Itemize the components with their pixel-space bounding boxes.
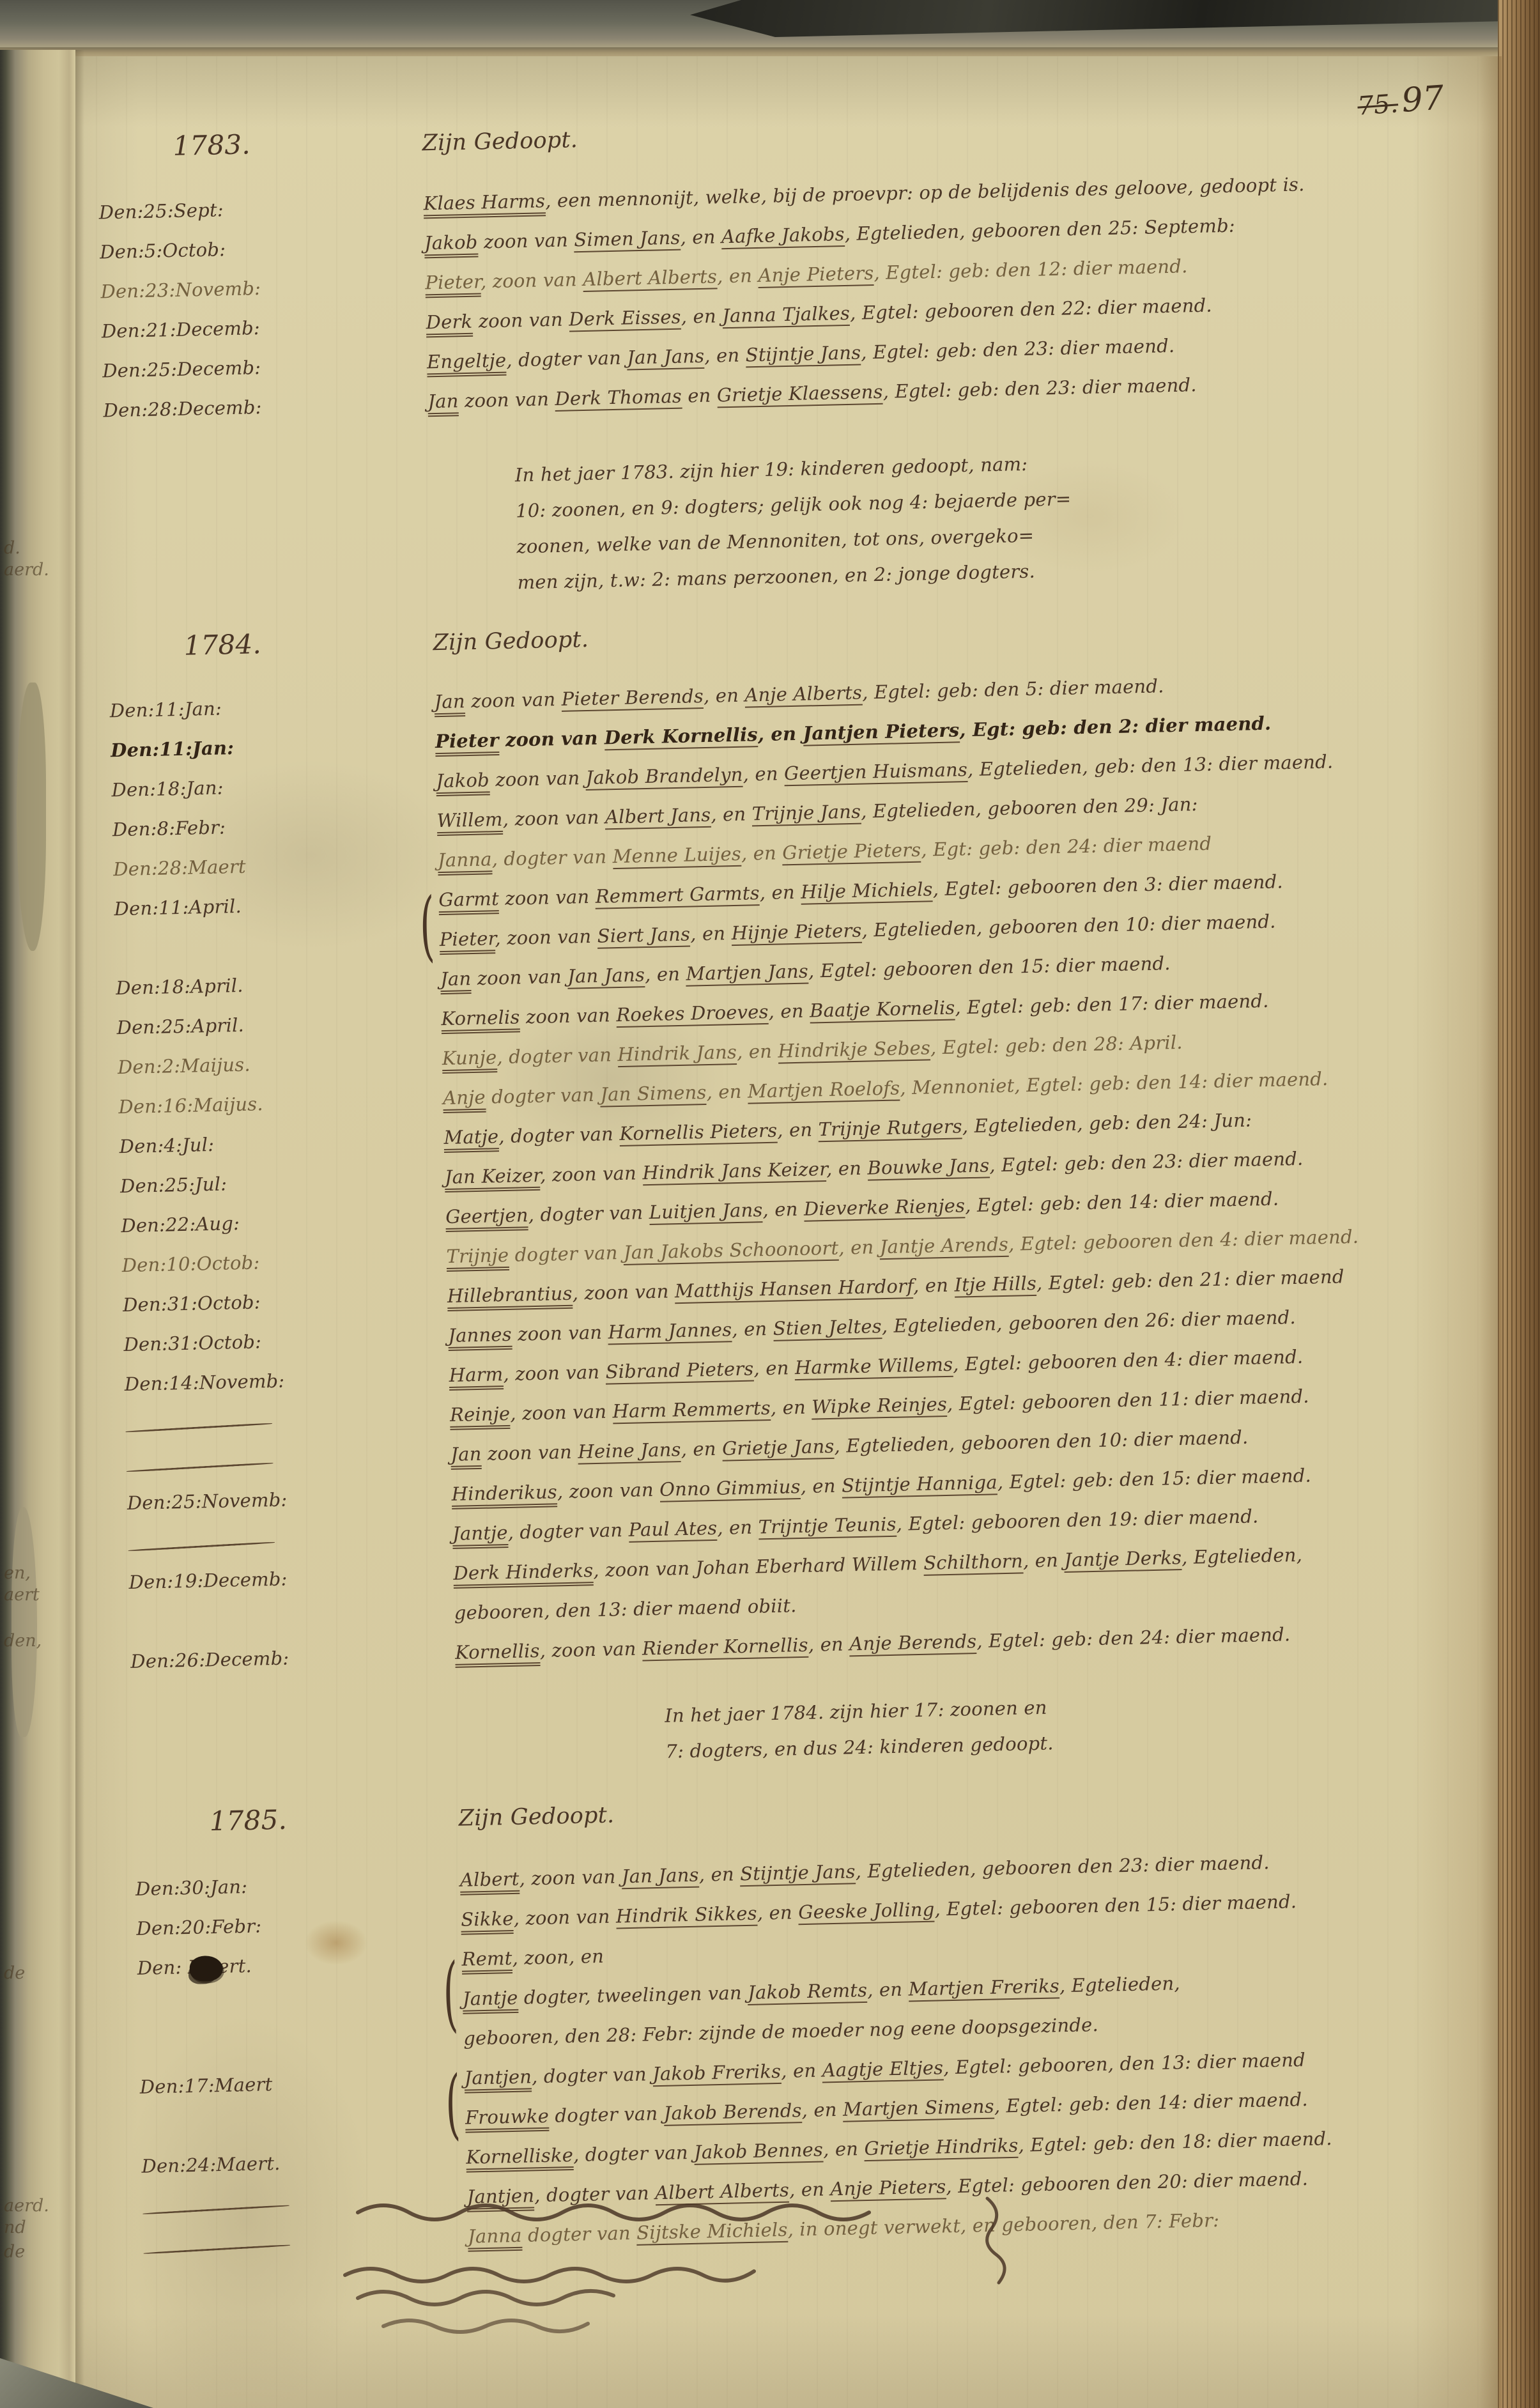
text-segment: , Egtel: gebooren den 11: dier maend. [947, 1385, 1309, 1415]
parent-name: Derk Thomas [555, 385, 682, 412]
entry-date: Den:24:Maert. [127, 2140, 466, 2187]
parent-name: Hijnje Pieters [731, 920, 862, 946]
text-segment: , Egtel: gebooren den 4: dier maend. [953, 1346, 1304, 1375]
parent-name: Itje Hills [954, 1272, 1036, 1298]
child-name: Kornelliske [466, 2144, 574, 2173]
child-name: Garmt [438, 888, 499, 915]
text-segment: , en [757, 723, 803, 746]
text-segment: , en [706, 1081, 748, 1103]
text-segment: , Egtelieden, gebooren den 10: dier maen… [861, 911, 1276, 941]
parent-name: Grietje Hindriks [864, 2134, 1019, 2161]
child-name: Derk Hinderks [453, 1559, 594, 1589]
parent-name: Luitjen Jans [649, 1199, 763, 1225]
child-name: Harm [449, 1363, 504, 1391]
text-segment: , en [681, 305, 722, 327]
entry-date: Den:28:Decemb: [89, 383, 428, 431]
text-segment: , Egt: geb: den 24: dier maend [921, 833, 1212, 861]
parent-name: Martjen Roelofs [748, 1077, 900, 1104]
text-segment: , en [867, 1978, 909, 2000]
text-segment: , zoon van [593, 1557, 696, 1581]
child-name: Albert [460, 1868, 520, 1895]
child-name: Frouwke [465, 2105, 550, 2133]
parent-name: Baatje Kornelis [810, 997, 955, 1024]
entry-date: Den:10:Octob: [107, 1239, 447, 1286]
text-segment: , Egtelieden, geb: den 13: dier maend. [967, 751, 1334, 780]
ditto-dash [142, 2205, 289, 2215]
text-segment: , en [759, 881, 801, 904]
entry-date: Den:18:April. [102, 961, 441, 1008]
parent-name: Aafke Jakobs [721, 223, 845, 249]
register-section-1784: 1784.Zijn Gedoopt.Den:11:Jan:Jan zoon va… [94, 590, 1525, 1783]
text-segment: , Egtelieden, gebooren den 10: dier maen… [834, 1426, 1249, 1457]
parent-name: Albert Alberts [583, 265, 718, 292]
text-segment: , en [704, 684, 745, 707]
paper-tear [17, 683, 46, 951]
child-name: Remt [461, 1947, 512, 1975]
margin-fragment: de [4, 1963, 25, 1983]
entry-date: Den:11:Jan: [96, 723, 436, 771]
child-name: Jantje [452, 1522, 508, 1549]
text-segment: gebooren, den 28: Febr: zijnde de moeder… [463, 2014, 1098, 2049]
margin-fragment: d. [4, 538, 20, 558]
entry-date: Den:19:Decemb: [114, 1555, 454, 1603]
parent-name: Jan Jans [567, 964, 645, 989]
child-name: Jan [440, 968, 472, 994]
text-segment: , Egtel: geb: den 23: dier maend. [989, 1148, 1304, 1177]
ditto-dash [143, 2244, 290, 2255]
text-segment: dogter van [549, 2103, 664, 2127]
child-name: Klaes Harms [423, 190, 545, 219]
entry-date: Den:25:April. [102, 1001, 442, 1048]
parent-name: Kornellis Pieters [619, 1120, 778, 1146]
margin-fragment: den, [4, 1631, 42, 1651]
parent-name: Jan Simens [600, 1081, 707, 1108]
text-segment: , een mennonijt, welke, bij de proevpr: … [545, 173, 1305, 212]
text-segment: , Egtel: gebooren den 15: dier maend. [808, 952, 1171, 982]
text-segment: , zoon van [502, 806, 605, 830]
text-segment: dogter van [521, 2222, 636, 2246]
text-segment: , en [741, 842, 782, 864]
text-segment: zoon van [489, 767, 586, 791]
text-segment: , Egtel: gebooren den 15: dier maend. [934, 1890, 1297, 1920]
entry-date: Den:23:Novemb: [86, 265, 426, 312]
parent-name: Aagtje Eltjes [822, 2057, 943, 2083]
text-segment: , en [645, 963, 686, 985]
text-segment: , Mennoniet, Egtel: geb: den 14: dier ma… [900, 1068, 1328, 1099]
year-label: 1783. [83, 125, 422, 164]
child-name: Hinderikus [451, 1481, 557, 1509]
parent-name: Albert Alberts [655, 2179, 790, 2206]
text-segment: , Egtel: gebooren den 3: dier maend. [932, 870, 1283, 900]
year-label: 1784. [94, 624, 433, 663]
text-segment: , Egtel: geb: den 23: dier maend. [861, 335, 1175, 364]
margin-fragment: nd [4, 2218, 26, 2237]
text-segment: , en [711, 803, 752, 825]
entry-date: Den:26:Decemb: [116, 1635, 456, 1682]
entry-date: Den:14:Novemb: [110, 1357, 449, 1405]
child-name: Jakob [436, 769, 489, 796]
margin-fragment: aerd. [4, 560, 49, 580]
section-header: 1783.Zijn Gedoopt. [83, 91, 1490, 164]
parent-name: Jan Jakobs Schoonoort [624, 1237, 839, 1265]
text-segment: , zoon van [519, 1865, 622, 1889]
text-segment: zoon van [471, 966, 568, 989]
text-segment: , Egtelieden, gebooren den 29: Jan: [861, 793, 1198, 822]
text-segment: Johan Eberhard Willem [695, 1552, 923, 1579]
parent-name: Remmert Garmts [595, 882, 760, 909]
entry-body: (Remt, zoon, enJantje dogter, tweelingen… [461, 1918, 1531, 2060]
handwritten-register-text: 1783.Zijn Gedoopt.Den:25:Sept:Klaes Harm… [82, 41, 1535, 2265]
text-segment: , en [717, 265, 758, 287]
text-segment: , zoon van [557, 1479, 660, 1502]
parent-name: Grietje Pieters [782, 839, 921, 866]
child-name: Jan Keizer [445, 1164, 541, 1192]
text-segment: , en [757, 1901, 798, 1924]
entry-date: Den:22:Aug: [107, 1199, 446, 1246]
entry-date: Den:25:Sept: [84, 185, 424, 233]
entry-date: Den:4:Jul: [105, 1120, 444, 1167]
text-segment: zoon van [498, 886, 596, 909]
text-segment: , in onegt verwekt, en gebooren, den 7: … [787, 2209, 1219, 2241]
text-segment: , dogter van [532, 2063, 653, 2087]
year-label: 1785. [119, 1800, 459, 1839]
entry-date-dash [112, 1437, 451, 1484]
parent-name: Anje Pieters [830, 2175, 946, 2202]
parent-name: Sijtske Michiels [636, 2219, 788, 2246]
text-segment: , zoon van [572, 1280, 675, 1304]
entry-brace: ( [445, 2059, 461, 2149]
ditto-dash [127, 1462, 273, 1472]
margin-fragment: en, [4, 1563, 31, 1583]
parent-name: Anje Alberts [744, 682, 863, 708]
parent-name: Sibrand Pieters [605, 1358, 754, 1385]
parent-name: Heine Jans [578, 1439, 681, 1465]
entry-date-dash [111, 1397, 450, 1444]
parent-name: Jakob Brandelyn [585, 764, 743, 791]
parent-name: Grietje Klaessens [717, 381, 884, 408]
text-segment: , en [913, 1274, 955, 1297]
text-segment: , en [768, 1000, 810, 1023]
text-segment: , Egtel: geb: den 21: dier maend [1036, 1265, 1344, 1294]
text-segment: , zoon van [510, 1400, 613, 1424]
parent-name: Hindrikje Sebes [778, 1037, 930, 1063]
text-segment: , en [801, 2099, 843, 2121]
text-segment: zoon van [520, 1004, 617, 1028]
text-segment: , en [823, 2138, 865, 2160]
child-name: Willem [436, 808, 503, 836]
text-segment: zoon van [481, 1441, 578, 1465]
child-name: Kunje [442, 1046, 497, 1074]
text-segment: , en [690, 922, 732, 945]
parent-name: Harm Jannes [608, 1318, 732, 1345]
text-segment: , en [762, 1198, 804, 1221]
text-segment: , en [1022, 1549, 1064, 1571]
register-section-1783: 1783.Zijn Gedoopt.Den:25:Sept:Klaes Harm… [83, 91, 1499, 611]
page-crease [75, 50, 84, 2408]
text-segment: , en [698, 1863, 740, 1885]
parent-name: Anje Pieters [758, 262, 874, 288]
parent-name: Trijnje Jans [751, 801, 861, 827]
entry-date-dash [128, 2179, 467, 2227]
text-segment: dogter, tweelingen van [518, 1982, 748, 2009]
text-segment: , en [781, 2059, 822, 2081]
entry-date: Den:31:Octob: [108, 1278, 447, 1325]
parent-name: Jantje Derks [1064, 1547, 1182, 1573]
text-segment: , en [704, 344, 746, 366]
child-name: Anje [443, 1086, 486, 1113]
text-segment: , Egtelieden, geb: den 24: Jun: [962, 1109, 1252, 1137]
text-segment: , dogter van [528, 1201, 649, 1226]
parent-name: Siert Jans [597, 923, 690, 949]
parent-name: Grietje Jans [722, 1435, 835, 1462]
parent-name: Jakob Bennes [694, 2138, 824, 2165]
text-segment: zoon van [477, 229, 574, 252]
parent-name: Wipke Reinjes [812, 1393, 947, 1420]
section-heading: Zijn Gedoopt. [458, 1802, 614, 1831]
text-segment: zoon van [472, 308, 569, 332]
parent-name: Jakob Berends [663, 2099, 802, 2126]
text-segment: , zoon van [481, 268, 583, 292]
text-segment: , dogter van [507, 1519, 629, 1543]
parent-name: Geertjen Huismans [784, 759, 968, 786]
text-segment: en [681, 384, 717, 406]
parent-name: Onno Gimmius [659, 1476, 801, 1502]
child-name: Janna [468, 2225, 522, 2252]
entry-date: Den:28:Maert [99, 842, 438, 890]
text-segment: , Egtel: geb: den 28: April. [930, 1031, 1183, 1059]
text-segment: , Egtel: geb: den 5: dier maend. [862, 675, 1164, 703]
parent-name: Roekes Droeves [616, 1001, 769, 1028]
entry-date: Den:5:Octob: [85, 225, 424, 272]
text-segment: , Egtel: geb: den 18: dier maend. [1018, 2127, 1332, 2156]
text-segment: , en [717, 1516, 758, 1538]
text-segment: , dogter van [573, 2142, 695, 2166]
text-segment: , Egtelieden, [1059, 1972, 1180, 1996]
parent-name: Stien Jeltes [773, 1315, 882, 1341]
parent-name: Geeske Jolling [798, 1899, 935, 1926]
parent-name: Derk Kornellis [604, 723, 758, 750]
text-segment: , Egtel: gebooren den 22: dier maend. [850, 295, 1212, 324]
text-segment: , en [789, 2178, 831, 2200]
entry-date: Den:17:Maert [125, 2060, 465, 2108]
entry-date: Den:8:Febr: [98, 803, 437, 850]
parent-name: Bouwke Jans [867, 1154, 990, 1180]
parent-name: Menne Luijes [612, 843, 741, 869]
text-segment: zoon van [511, 1322, 608, 1345]
text-segment: , en [838, 1236, 880, 1258]
text-segment: , Egtel: geb: den 17: dier maend. [955, 990, 1269, 1019]
year-summary: In het jaer 1783. zijn hier 19: kinderen… [514, 437, 1499, 601]
entry-date-dash [114, 1516, 453, 1563]
parent-name: Harmke Willems [795, 1354, 953, 1380]
text-segment: , Egtel: geb: den 23: dier maend. [882, 374, 1197, 403]
text-segment: , dogter van [491, 845, 613, 870]
parent-name: Jan Jans [627, 345, 705, 371]
child-name: Reinje [450, 1403, 511, 1430]
text-segment: , zoon van [540, 1162, 643, 1185]
entry-brace: ( [419, 881, 436, 970]
text-segment: , dogter van [506, 346, 628, 371]
parent-name: Hindrik Sikkes [616, 1902, 758, 1929]
child-name: Jan [434, 690, 465, 717]
child-name: Jantjen [464, 2065, 532, 2093]
parent-name: Matthijs Hansen Hardorf [675, 1275, 914, 1304]
text-segment: , en [681, 1438, 722, 1460]
text-segment: , en [808, 1633, 849, 1655]
child-name: Jantjen [466, 2184, 534, 2212]
text-segment: , Egtelieden, [1182, 1544, 1303, 1568]
parent-name: Stijntje Jans [740, 1860, 856, 1887]
child-name: Kornellis [455, 1640, 540, 1668]
child-name: Sikke [461, 1908, 514, 1935]
margin-fragment: aerd. [4, 2196, 49, 2216]
text-segment: , zoon van [513, 1905, 616, 1929]
parent-name: Trijnje Rutgers [818, 1115, 962, 1142]
parent-name: Riender Kornellis [642, 1634, 809, 1662]
parent-name: Dieverke Rienjes [804, 1194, 966, 1221]
parent-name: Schilthorn [923, 1550, 1023, 1575]
scanned-baptism-register-page: 75.97 1783.Zijn Gedoopt.Den:25:Sept:Klae… [0, 0, 1540, 2408]
text-segment: , Egtelieden, gebooren den 25: Septemb: [844, 215, 1235, 245]
parent-name: Jan Jans [621, 1864, 699, 1890]
entry-date: Den:2:Maijus. [103, 1040, 442, 1088]
child-name: Trijnje [446, 1244, 509, 1272]
text-segment: , en [732, 1318, 773, 1340]
parent-name: Jantjen Pieters [803, 719, 960, 746]
child-name: Pieter [439, 927, 495, 955]
entry-date: Den:21:Decemb: [87, 304, 426, 351]
text-segment: , zoon van [539, 1637, 642, 1661]
entry-date: Den: Maert. [123, 1941, 462, 1989]
parent-name: Hindrik Jans Keizer [642, 1158, 826, 1185]
margin-fragment: de [4, 2242, 25, 2262]
text-segment: , en [680, 226, 721, 248]
child-name: Jan [427, 390, 459, 417]
entry-brace: ( [442, 1945, 459, 2041]
parent-name: Jakob Remts [748, 1979, 868, 2005]
child-name: Jakob [424, 231, 478, 259]
text-segment: , dogter van [497, 1044, 618, 1068]
text-segment: , zoon, en [512, 1945, 604, 1969]
child-name: Matje [443, 1125, 499, 1153]
text-segment: , en [826, 1157, 868, 1180]
entry-date: Den:25:Novemb: [112, 1476, 452, 1524]
ditto-dash [128, 1541, 275, 1552]
child-name: Geertjen [445, 1204, 528, 1232]
torn-left-edge [0, 50, 75, 2408]
child-name: Jan [450, 1443, 482, 1470]
parent-name: Janna Tjalkes [722, 302, 851, 328]
parent-name: Stijntje Hanniga [842, 1471, 998, 1498]
text-segment: , Egtelieden, gebooren den 26: dier maen… [881, 1306, 1296, 1337]
ditto-dash [125, 1423, 272, 1433]
text-segment: , Egt: geb: den 2: dier maend. [959, 713, 1272, 741]
text-segment: gebooren, den 13: dier maend obiit. [454, 1594, 796, 1624]
entry-date: Den:25:Decemb: [88, 344, 427, 391]
text-segment: , Egtel: geb: den 24: dier maend. [976, 1623, 1291, 1652]
entry-date: Den:25:Jul: [105, 1159, 445, 1207]
child-name: Hillebrantius [447, 1283, 573, 1311]
entry-date-dash [129, 2219, 468, 2266]
section-heading: Zijn Gedoopt. [422, 127, 578, 156]
entry-date: Den:18:Jan: [97, 763, 436, 810]
child-name: Kornelis [441, 1006, 520, 1034]
parent-name: Hindrik Jans [617, 1041, 737, 1067]
parent-name: Anje Berends [849, 1630, 977, 1656]
parent-name: Martjen Simens [843, 2095, 994, 2122]
text-segment: , dogter van [534, 2182, 656, 2206]
child-name: Pieter [435, 729, 499, 757]
year-summary: In het jaer 1784. zijn hier 17: zoonen e… [665, 1680, 1525, 1770]
text-segment: , Egtel: gebooren den 19: dier maend. [896, 1505, 1258, 1534]
child-name: Jannes [448, 1324, 512, 1351]
text-segment: , zoon van [503, 1361, 606, 1385]
text-segment: , Egtel: gebooren, den 13: dier maend [943, 2049, 1305, 2078]
parent-name: Harm Remmerts [612, 1397, 771, 1424]
entry-date: Den:11:April. [100, 882, 439, 929]
text-segment: dogter van [485, 1084, 600, 1108]
parent-name: Simen Jans [574, 227, 681, 253]
text-segment: , en [777, 1118, 819, 1141]
parent-name: Albert Jans [605, 804, 711, 830]
text-segment: , en [800, 1475, 842, 1497]
text-segment: dogter van [509, 1242, 624, 1266]
parent-name: Derk Eisses [569, 306, 681, 332]
text-segment: , en [770, 1396, 812, 1419]
text-segment: , en [743, 762, 784, 785]
text-segment: , Egtel: geb: den 14: dier maend. [965, 1188, 1279, 1217]
child-name: Pieter [425, 270, 481, 298]
child-name: Jantje [463, 1987, 518, 2014]
text-segment: , Egtel: geb: den 15: dier maend. [997, 1465, 1311, 1493]
parent-name: Paul Ates [628, 1517, 717, 1543]
margin-fragment: aert [4, 1585, 40, 1605]
text-segment: , Egtel: geb: den 14: dier maend. [994, 2088, 1308, 2117]
text-segment: zoon van [465, 688, 562, 712]
text-segment: , Egtel: gebooren den 20: dier maend. [946, 2168, 1308, 2197]
text-segment: , zoon van [495, 925, 597, 949]
section-heading: Zijn Gedoopt. [433, 627, 589, 656]
text-segment: zoon van [458, 388, 555, 412]
paper-tear [12, 1507, 37, 1737]
entry-date: Den:31:Octob: [109, 1318, 449, 1365]
text-segment: , Egtel: geb: den 12: dier maend. [874, 255, 1188, 284]
entry-date: Den:20:Febr: [122, 1902, 461, 1949]
parent-name: Pieter Berends [561, 685, 704, 712]
entry-date: Den:16:Maijus. [104, 1080, 443, 1127]
text-segment: , dogter van [498, 1123, 620, 1147]
text-segment: , en [753, 1357, 795, 1379]
parent-name: Martjen Jans [686, 961, 808, 987]
child-name: Janna [438, 848, 492, 876]
entry-date: Den:30:Jan: [121, 1862, 460, 1910]
parent-name: Martjen Freriks [908, 1975, 1059, 2002]
parent-name: Stijntje Jans [745, 342, 861, 368]
text-segment: zoon van [498, 727, 604, 751]
ink-blot [189, 1956, 223, 1982]
entry-date: Den:11:Jan: [95, 684, 435, 731]
text-segment: , Egtel: gebooren den 4: dier maend. [1008, 1226, 1359, 1255]
text-segment: , en [737, 1040, 778, 1063]
child-name: Engeltje [427, 350, 507, 378]
text-segment: , Egtelieden, gebooren den 23: dier maen… [855, 1851, 1270, 1882]
parent-name: Hilje Michiels [801, 878, 933, 904]
child-name: Derk [426, 311, 473, 338]
parent-name: Trijntje Teunis [758, 1513, 897, 1540]
register-section-1785: 1785.Zijn Gedoopt.Den:30:Jan:Albert, zoo… [119, 1766, 1535, 2265]
parent-name: Jakob Freriks [652, 2060, 782, 2087]
parent-name: Jantje Arends [879, 1233, 1008, 1260]
